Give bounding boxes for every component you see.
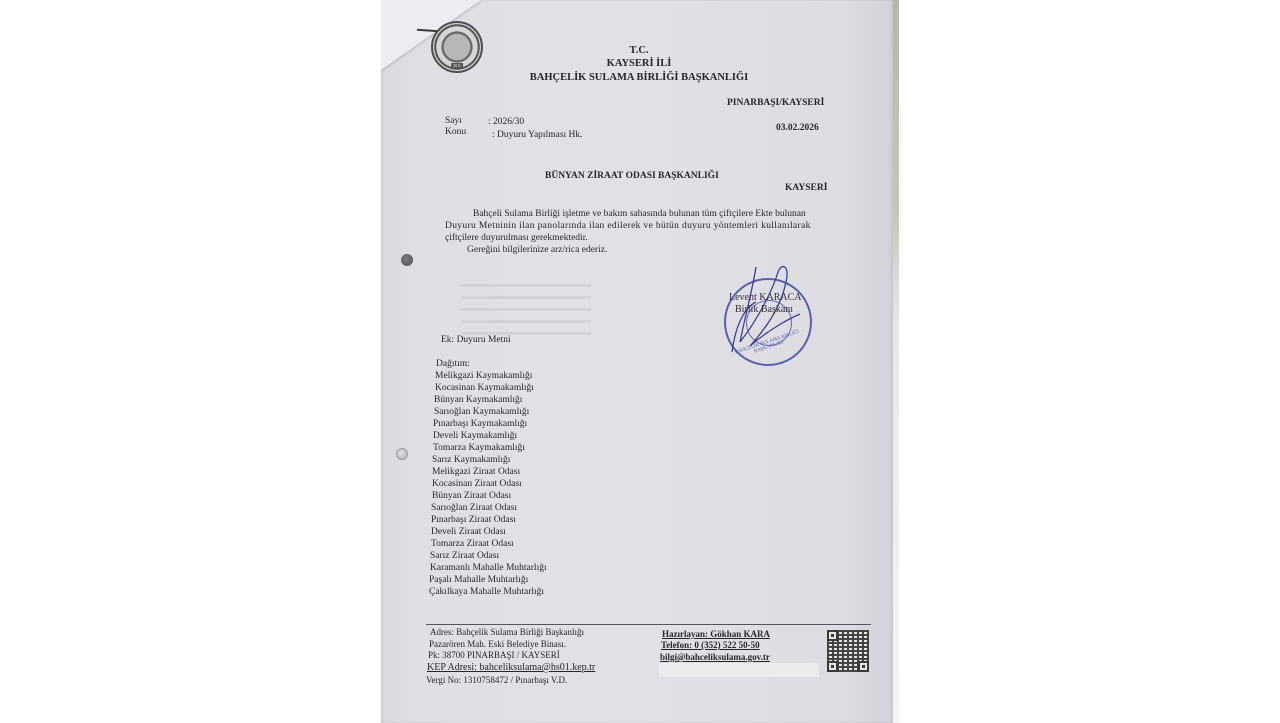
footer-address-2: Pazarören Mah. Eski Belediye Binası. — [429, 639, 566, 651]
recipient-name: BÜNYAN ZİRAAT ODASI BAŞKANLIĞI — [545, 171, 719, 181]
list-item: Kocasinan Ziraat Odası — [432, 478, 547, 490]
official-letter: 2011 T.C. KAYSERİ İLİ BAHÇELİK SULAMA Bİ… — [381, 0, 893, 723]
list-item: Pınarbaşı Ziraat Odası — [431, 514, 547, 526]
list-item: Develi Ziraat Odası — [431, 526, 547, 538]
list-item: Melikgazi Ziraat Odası — [432, 466, 547, 478]
list-item: Bünyan Kaymakamlığı — [434, 394, 547, 406]
body-line-2: Duyuru Metninin ilan panolarında ilan ed… — [445, 220, 811, 232]
redacted-area — [659, 663, 819, 677]
body-line-3: çiftçilere duyurulması gerekmektedir. — [445, 232, 588, 244]
qr-finder — [858, 661, 869, 672]
footer-address-1: Adres: Bahçelik Sulama Birliği Başkanlığ… — [430, 627, 584, 639]
konu-label: Konu — [445, 127, 466, 137]
list-item: Pınarbaşı Kaymakamlığı — [433, 418, 547, 430]
qr-finder — [827, 630, 838, 641]
distribution-label: Dağıtım: — [436, 358, 547, 370]
attachment-note: Ek: Duyuru Metni — [441, 335, 511, 345]
recipient-city: KAYSERİ — [785, 183, 827, 193]
list-item: Sarız Kaymakamlığı — [432, 454, 547, 466]
list-item: Karamanlı Mahalle Muhtarlığı — [430, 562, 547, 574]
list-item: Develi Kaymakamlığı — [433, 430, 547, 442]
footer-divider — [426, 624, 871, 625]
header-institution: BAHÇELİK SULAMA BİRLİĞİ BAŞKANLIĞI — [489, 72, 789, 83]
distribution-list: Dağıtım: Melikgazi Kaymakamlığı Kocasina… — [436, 358, 547, 598]
footer-address-3: Pk: 38700 PINARBAŞI / KAYSERİ — [428, 650, 560, 662]
konu-value: : Duyuru Yapılması Hk. — [492, 130, 583, 140]
list-item: Sarız Ziraat Odası — [430, 550, 547, 562]
sayi-label: Sayı — [445, 116, 462, 126]
punch-hole-icon — [396, 448, 408, 460]
body-closing: Gereğini bilgilerinize arz/rica ederiz. — [467, 244, 607, 256]
list-item: Tomarza Ziraat Odası — [431, 538, 547, 550]
qr-finder — [827, 661, 838, 672]
list-item: Melikgazi Kaymakamlığı — [435, 370, 547, 382]
list-item: Çakılkaya Mahalle Muhtarlığı — [429, 586, 547, 598]
signatory-name: Levent KARACA — [729, 292, 802, 303]
bleed-through-text — [461, 275, 591, 335]
list-item: Bünyan Ziraat Odası — [432, 490, 547, 502]
seal-year: 2011 — [451, 63, 463, 68]
header-province: KAYSERİ İLİ — [489, 58, 789, 69]
photo-stage: 2011 T.C. KAYSERİ İLİ BAHÇELİK SULAMA Bİ… — [0, 0, 1280, 723]
punch-hole-icon — [401, 254, 413, 266]
footer-kep-address[interactable]: KEP Adresi: bahceliksulama@hs01.kep.tr — [427, 662, 595, 674]
header-location: PINARBAŞI/KAYSERİ — [727, 98, 824, 108]
institution-seal-icon: 2011 — [431, 21, 483, 73]
list-item: Tomarza Kaymakamlığı — [433, 442, 547, 454]
footer-prepared-by: Hazırlayan: Gökhan KARA — [662, 629, 770, 641]
signatory-title: Birlik Başkanı — [735, 304, 793, 315]
list-item: Kocasinan Kaymakamlığı — [435, 382, 547, 394]
list-item: Paşalı Mahalle Muhtarlığı — [429, 574, 547, 586]
document-date: 03.02.2026 — [776, 123, 819, 133]
header-tc: T.C. — [489, 45, 789, 56]
list-item: Sarıoğlan Kaymakamlığı — [434, 406, 547, 418]
qr-code-icon[interactable] — [827, 630, 869, 672]
footer-tax-number: Vergi No: 1310758472 / Pınarbaşı V.D. — [426, 675, 567, 687]
footer-email[interactable]: bilgi@bahceliksulama.gov.tr — [660, 652, 770, 664]
sayi-value: : 2026/30 — [488, 117, 524, 127]
list-item: Sarıoğlan Ziraat Odası — [431, 502, 547, 514]
footer-phone[interactable]: Telefon: 0 (352) 522 50-50 — [661, 640, 760, 652]
body-line-1: Bahçeli Sulama Birliği işletme ve bakım … — [473, 208, 806, 220]
